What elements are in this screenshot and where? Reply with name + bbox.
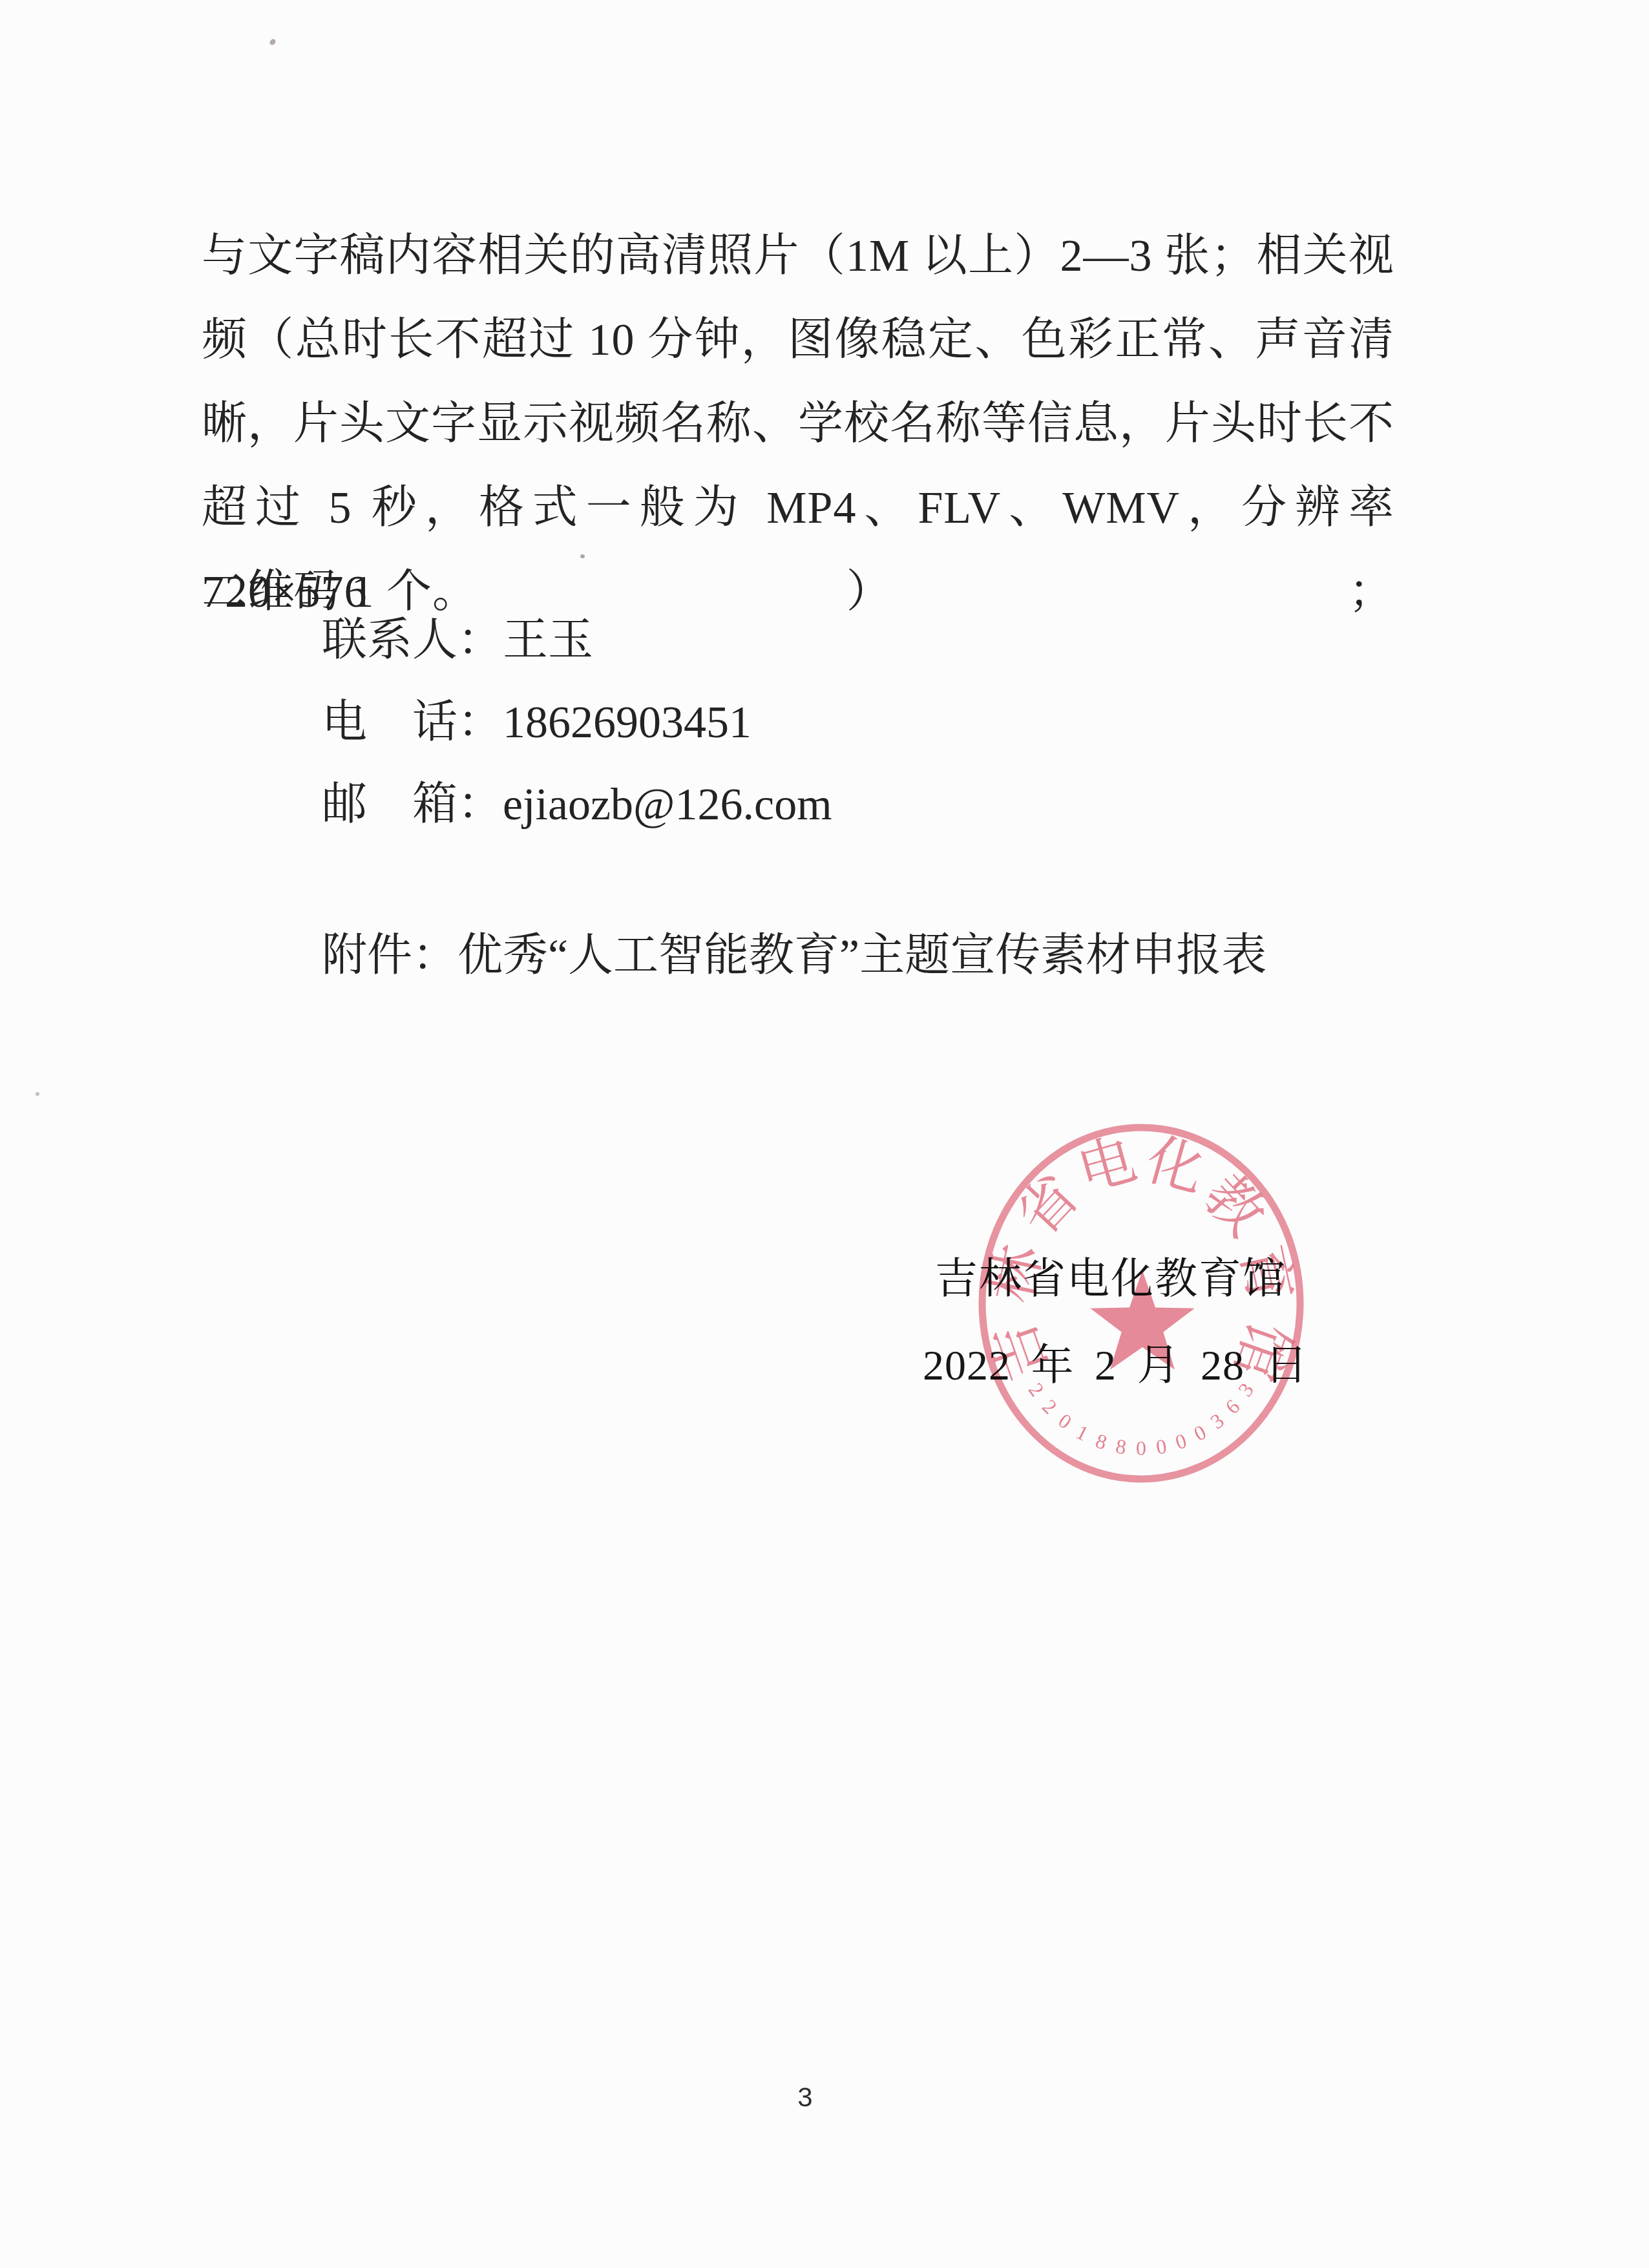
paragraph-line: 与文字稿内容相关的高清照片（1M 以上）2—3 张；相关视 bbox=[202, 215, 1394, 299]
page-number: 3 bbox=[786, 2082, 824, 2113]
seal-code-digit: 0 bbox=[1172, 1429, 1189, 1454]
contact-person-line: 联系人：王玉 bbox=[322, 615, 593, 667]
seal-code-digit: 8 bbox=[1093, 1429, 1109, 1454]
paragraph-line: 超过 5 秒，格式一般为 MP4、FLV、WMV，分辨率 720×576）； bbox=[202, 467, 1394, 551]
seal-code-digit: 0 bbox=[1054, 1409, 1076, 1434]
seal-star-icon bbox=[1090, 1270, 1195, 1370]
contact-phone-line: 电 话：18626903451 bbox=[322, 697, 751, 749]
body-paragraph: 与文字稿内容相关的高清照片（1M 以上）2—3 张；相关视 频（总时长不超过 1… bbox=[202, 215, 1394, 635]
seal-code-digit: 0 bbox=[1136, 1436, 1146, 1460]
contact-email-line: 邮 箱：ejiaozb@126.com bbox=[322, 779, 832, 831]
seal-code-digit: 2 bbox=[1038, 1394, 1062, 1418]
seal-char: 省 bbox=[1006, 1164, 1091, 1248]
seal-char: 育 bbox=[1228, 1240, 1301, 1308]
scan-speck bbox=[580, 554, 585, 558]
official-seal: 吉 林 省 电 化 教 育 馆 2 2 0 1 8 8 0 0 0 0 3 6 … bbox=[974, 1120, 1308, 1486]
scan-speck bbox=[269, 38, 277, 47]
seal-arc-text: 吉 林 省 电 化 教 育 馆 bbox=[980, 1128, 1301, 1388]
scan-speck bbox=[36, 1092, 39, 1096]
seal-char: 教 bbox=[1192, 1164, 1276, 1248]
document-page: 与文字稿内容相关的高清照片（1M 以上）2—3 张；相关视 频（总时长不超过 1… bbox=[0, 0, 1649, 2268]
seal-code-digit: 3 bbox=[1234, 1378, 1258, 1400]
seal-code-digit: 0 bbox=[1155, 1434, 1168, 1459]
attachment-line: 附件：优秀“人工智能教育”主题宣传素材申报表 bbox=[322, 929, 1266, 983]
seal-code: 2 2 0 1 8 8 0 0 0 0 3 6 3 bbox=[1024, 1378, 1258, 1460]
seal-code-digit: 0 bbox=[1190, 1420, 1210, 1445]
seal-code-digit: 2 bbox=[1024, 1378, 1049, 1400]
paragraph-line: 晰，片头文字显示视频名称、学校名称等信息，片头时长不 bbox=[202, 383, 1394, 467]
seal-code-digit: 1 bbox=[1073, 1420, 1093, 1445]
seal-code-digit: 6 bbox=[1221, 1394, 1245, 1418]
seal-code-digit: 3 bbox=[1206, 1409, 1228, 1434]
seal-char: 林 bbox=[980, 1240, 1053, 1308]
seal-code-digit: 8 bbox=[1114, 1434, 1128, 1459]
paragraph-line: 频（总时长不超过 10 分钟，图像稳定、色彩正常、声音清 bbox=[202, 299, 1394, 383]
